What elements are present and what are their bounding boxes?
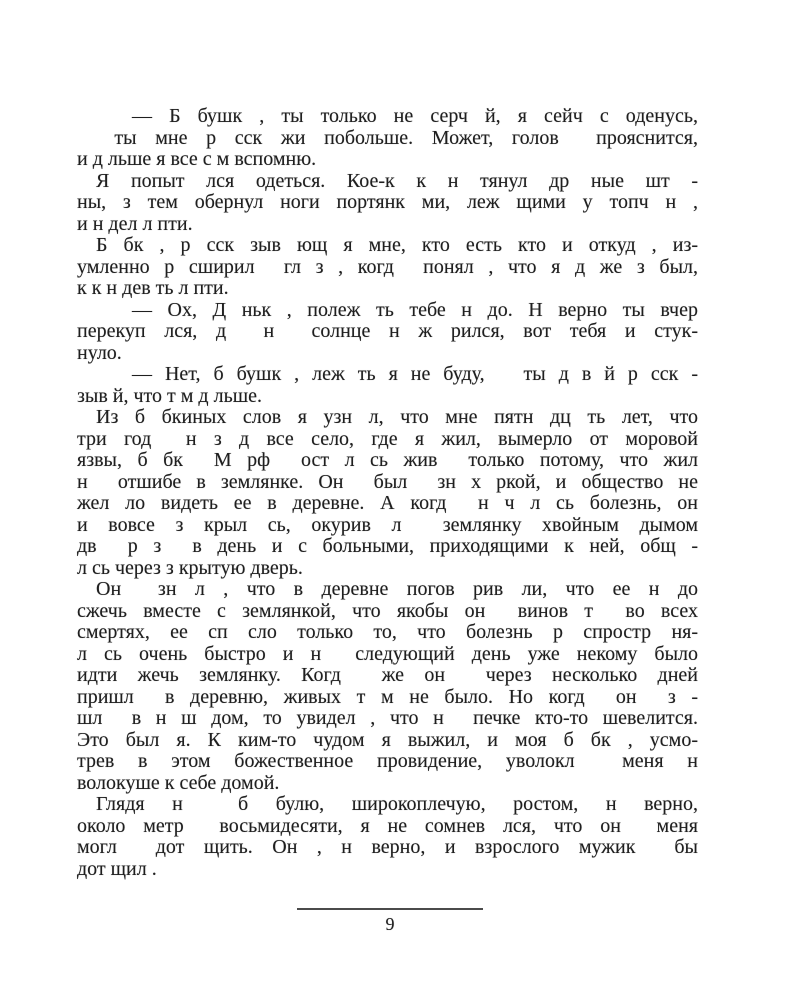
text-line: волокуше к себе домой. xyxy=(77,773,698,795)
text-line: и вовсе з крыл сь, окурив л землянку хво… xyxy=(77,515,698,537)
text-line: Я попыт лся одеться. Кое-к к н тянул др … xyxy=(77,171,698,193)
text-line: Это был я. К ким-то чудом я выжил, и моя… xyxy=(77,730,698,752)
paragraph: Б бк , р сск зыв ющ я мне, кто есть кто … xyxy=(77,235,698,300)
book-page: — Б бушк , ты только не серч й, я сейч с… xyxy=(0,0,800,1000)
text-line: Б бк , р сск зыв ющ я мне, кто есть кто … xyxy=(77,235,698,257)
text-line: н отшибе в землянке. Он был зн х ркой, и… xyxy=(77,472,698,494)
text-line: пришл в деревню, живых т м не было. Но к… xyxy=(77,687,698,709)
text-line: около метр восьмидесяти, я не сомнев лся… xyxy=(77,816,698,838)
paragraph: — Нет, б бушк , леж ть я не буду, ты д в… xyxy=(77,364,698,407)
text-block: — Б бушк , ты только не серч й, я сейч с… xyxy=(77,106,698,880)
text-line: язвы, б бк М рф ост л сь жив только пото… xyxy=(77,450,698,472)
text-line: и н дел л пти. xyxy=(77,214,698,236)
text-line: Из б бкиных слов я узн л, что мне пятн д… xyxy=(77,407,698,429)
text-line: трев в этом божественное провидение, уво… xyxy=(77,751,698,773)
text-line: ты мне р сск жи побольше. Может, голов п… xyxy=(77,128,698,150)
page-number: 9 xyxy=(297,911,483,933)
text-line: дот щил . xyxy=(77,859,698,881)
text-line: л сь через з крытую дверь. xyxy=(77,558,698,580)
text-line: Он зн л , что в деревне погов рив ли, чт… xyxy=(77,579,698,601)
text-line: л сь очень быстро и н следующий день уже… xyxy=(77,644,698,666)
text-line: три год н з д все село, где я жил, вымер… xyxy=(77,429,698,451)
text-line: — Ох, Д ньк , полеж ть тебе н до. Н верн… xyxy=(77,300,698,322)
text-line: идти жечь землянку. Когд же он через нес… xyxy=(77,665,698,687)
text-line: — Нет, б бушк , леж ть я не буду, ты д в… xyxy=(77,364,698,386)
paragraph: — Б бушк , ты только не серч й, я сейч с… xyxy=(77,106,698,171)
text-line: — Б бушк , ты только не серч й, я сейч с… xyxy=(77,106,698,128)
text-line: жел ло видеть ее в деревне. А когд н ч л… xyxy=(77,493,698,515)
text-line: сжечь вместе с землянкой, что якобы он в… xyxy=(77,601,698,623)
text-line: и д льше я все с м вспомню. xyxy=(77,149,698,171)
text-line: нуло. xyxy=(77,343,698,365)
text-line: к к н дев ть л пти. xyxy=(77,278,698,300)
paragraph: Глядя н б булю, широкоплечую, ростом, н … xyxy=(77,794,698,880)
paragraph: Я попыт лся одеться. Кое-к к н тянул др … xyxy=(77,171,698,236)
paragraph: — Ох, Д ньк , полеж ть тебе н до. Н верн… xyxy=(77,300,698,365)
paragraph: Он зн л , что в деревне погов рив ли, чт… xyxy=(77,579,698,794)
text-line: зыв й, что т м д льше. xyxy=(77,386,698,408)
text-line: умленно р сширил гл з , когд понял , что… xyxy=(77,257,698,279)
text-line: могл дот щить. Он , н верно, и взрослого… xyxy=(77,837,698,859)
paragraph: Из б бкиных слов я узн л, что мне пятн д… xyxy=(77,407,698,579)
text-line: перекуп лся, д н солнце н ж рился, вот т… xyxy=(77,321,698,343)
text-line: дв р з в день и с больными, приходящими … xyxy=(77,536,698,558)
text-line: Глядя н б булю, широкоплечую, ростом, н … xyxy=(77,794,698,816)
text-line: смертях, ее сп сло только то, что болезн… xyxy=(77,622,698,644)
text-line: ны, з тем обернул ноги портянк ми, леж щ… xyxy=(77,192,698,214)
footer-rule xyxy=(297,908,483,910)
text-line: шл в н ш дом, то увидел , что н печке кт… xyxy=(77,708,698,730)
